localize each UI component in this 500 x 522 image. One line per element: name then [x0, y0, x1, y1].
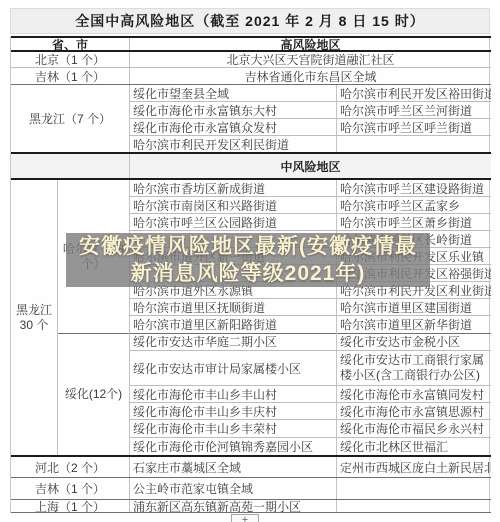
table-row: 绥化市海伦市永富镇众发村 哈尔滨市呼兰区呼兰街道 — [129, 119, 491, 136]
page-title: 全国中高风险地区（截至 2021 年 2 月 8 日 15 时） — [10, 8, 490, 34]
risk-area: 哈尔滨市呼兰区呼兰街道 — [336, 119, 491, 135]
risk-area: 哈尔滨市南岗区和兴路街道 — [129, 197, 336, 213]
risk-area: 哈尔滨市呼兰区萧乡街道 — [336, 214, 491, 230]
risk-area: 绥化市安达市审计局家属楼小区 — [129, 351, 336, 385]
table-row: 哈尔滨市利民开发区利民街道 — [129, 136, 491, 152]
risk-area: 石家庄市藁城区全域 — [129, 457, 336, 477]
province-label: 黑龙江（7 个） — [11, 85, 129, 152]
table-row: 上海（1 个） 浦东新区高东镇新高苑一期小区 — [11, 500, 491, 513]
risk-area: 绥化市望奎县全域 — [129, 85, 336, 101]
risk-area: 哈尔滨市呼兰区建设路街道 — [336, 180, 491, 196]
table-row: 绥化市安达市华庭二期小区 绥化市安达市金税小区 — [129, 333, 491, 351]
risk-area: 浦东新区高东镇新高苑一期小区 — [129, 500, 336, 512]
watermark-overlay: 安徽疫情风险地区最新(安徽疫情最 新消息风险等级2021年) — [66, 233, 430, 287]
risk-area — [336, 478, 491, 499]
table-row: 绥化市望奎县全域 哈尔滨市利民开发区裕田街道 — [129, 85, 491, 102]
city-group-label: 绥化(12个) — [58, 333, 129, 455]
table-row: 吉林（1 个） 吉林省通化市东昌区全域 — [11, 68, 491, 85]
table-row: 河北（2 个） 石家庄市藁城区全域 定州市西城区庞白土新民居北区 — [11, 455, 491, 478]
watermark-text-line2: 新消息风险等级2021年) — [131, 260, 366, 287]
province-label: 北京（1 个） — [11, 52, 129, 67]
table-row: 绥化市安达市审计局家属楼小区 绥化市安达市工商银行家属楼小区(含工商银行办公区) — [129, 351, 491, 386]
province-label: 河北（2 个） — [11, 457, 129, 477]
risk-area: 哈尔滨市道里区新华街道 — [336, 316, 491, 333]
risk-area: 绥化市海伦市永富镇同发村 — [336, 386, 491, 402]
risk-area: 哈尔滨市利民开发区利民街道 — [129, 136, 336, 152]
risk-area: 绥化市海伦市永富镇东大村 — [129, 102, 336, 118]
table-row: 绥化市海伦市丰山乡丰庆村 绥化市海伦市永富镇思源村 — [129, 403, 491, 420]
risk-area: 哈尔滨市呼兰区公园路街道 — [129, 214, 336, 230]
table-row: 北京（1 个） 北京大兴区天宫院街道融汇社区 — [11, 52, 491, 68]
province-label: 黑龙江 30 个 — [11, 180, 58, 455]
risk-area: 绥化市北林区世福汇 — [336, 438, 491, 455]
risk-area: 绥化市海伦市伦河镇锦秀嘉园小区 — [129, 438, 336, 455]
risk-area: 公主岭市范家屯镇全域 — [129, 478, 336, 499]
risk-area: 哈尔滨市香坊区新成街道 — [129, 180, 336, 196]
risk-area: 哈尔滨市道里区抚顺街道 — [129, 299, 336, 315]
table-row: 绥化市海伦市伦河镇锦秀嘉园小区 绥化市北林区世福汇 — [129, 438, 491, 455]
risk-area: 绥化市安达市工商银行家属楼小区(含工商银行办公区) — [336, 351, 491, 385]
risk-area: 哈尔滨市道里区新阳路街道 — [129, 316, 336, 333]
province-label: 吉林（1 个） — [11, 478, 129, 499]
risk-area: 哈尔滨市道里区建国街道 — [336, 299, 491, 315]
header-high-risk: 高风险地区 — [129, 38, 491, 50]
mid-risk-band-empty — [11, 154, 129, 178]
risk-area: 定州市西城区庞白土新民居北区 — [336, 457, 491, 477]
risk-area: 哈尔滨市呼兰区兰河街道 — [336, 102, 491, 118]
risk-area: 哈尔滨市呼兰区孟家乡 — [336, 197, 491, 213]
table-row: 绥化市海伦市丰山乡丰山村 绥化市海伦市永富镇同发村 — [129, 386, 491, 403]
province-label: 上海（1 个） — [11, 500, 129, 512]
province-label: 吉林（1 个） — [11, 68, 129, 84]
table-row: 哈尔滨市呼兰区公园路街道 哈尔滨市呼兰区萧乡街道 — [129, 214, 491, 231]
table-row: 吉林（1 个） 公主岭市范家屯镇全域 — [11, 478, 491, 500]
risk-area — [336, 136, 491, 152]
header-mid-risk: 中风险地区 — [129, 154, 491, 178]
table-row: 哈尔滨市南岗区和兴路街道 哈尔滨市呼兰区孟家乡 — [129, 197, 491, 214]
table-header-row: 省、市 高风险地区 — [11, 36, 491, 52]
header-province: 省、市 — [11, 38, 129, 50]
risk-area: 北京大兴区天宫院街道融汇社区 — [129, 52, 491, 67]
risk-area: 绥化市海伦市永富镇众发村 — [129, 119, 336, 135]
risk-area: 绥化市海伦市丰山乡丰山村 — [129, 386, 336, 402]
risk-area: 绥化市安达市金税小区 — [336, 333, 491, 350]
table-row: 绥化市海伦市丰山乡丰荣村 绥化市海伦市福民乡永兴村 — [129, 420, 491, 438]
risk-area: 绥化市海伦市丰山乡丰庆村 — [129, 403, 336, 419]
table-row: 绥化市海伦市永富镇东大村 哈尔滨市呼兰区兰河街道 — [129, 102, 491, 119]
risk-area-table-page: 全国中高风险地区（截至 2021 年 2 月 8 日 15 时） 省、市 高风险… — [0, 0, 500, 522]
mid-risk-band: 中风险地区 — [11, 152, 491, 180]
risk-area: 绥化市安达市华庭二期小区 — [129, 333, 336, 350]
risk-area: 绥化市海伦市永富镇思源村 — [336, 403, 491, 419]
risk-area: 绥化市海伦市福民乡永兴村 — [336, 420, 491, 437]
expand-button[interactable]: + — [231, 514, 259, 522]
risk-area: 哈尔滨市利民开发区裕田街道 — [336, 85, 491, 101]
risk-area: 绥化市海伦市丰山乡丰荣村 — [129, 420, 336, 437]
table-row: 哈尔滨市香坊区新成街道 哈尔滨市呼兰区建设路街道 — [129, 180, 491, 197]
table-row: 哈尔滨市道里区新阳路街道 哈尔滨市道里区新华街道 — [129, 316, 491, 333]
risk-area: 吉林省通化市东昌区全域 — [129, 68, 491, 84]
watermark-text-line1: 安徽疫情风险地区最新(安徽疫情最 — [79, 233, 417, 260]
table-row: 哈尔滨市道里区抚顺街道 哈尔滨市道里区建国街道 — [129, 299, 491, 316]
risk-area — [336, 500, 491, 512]
